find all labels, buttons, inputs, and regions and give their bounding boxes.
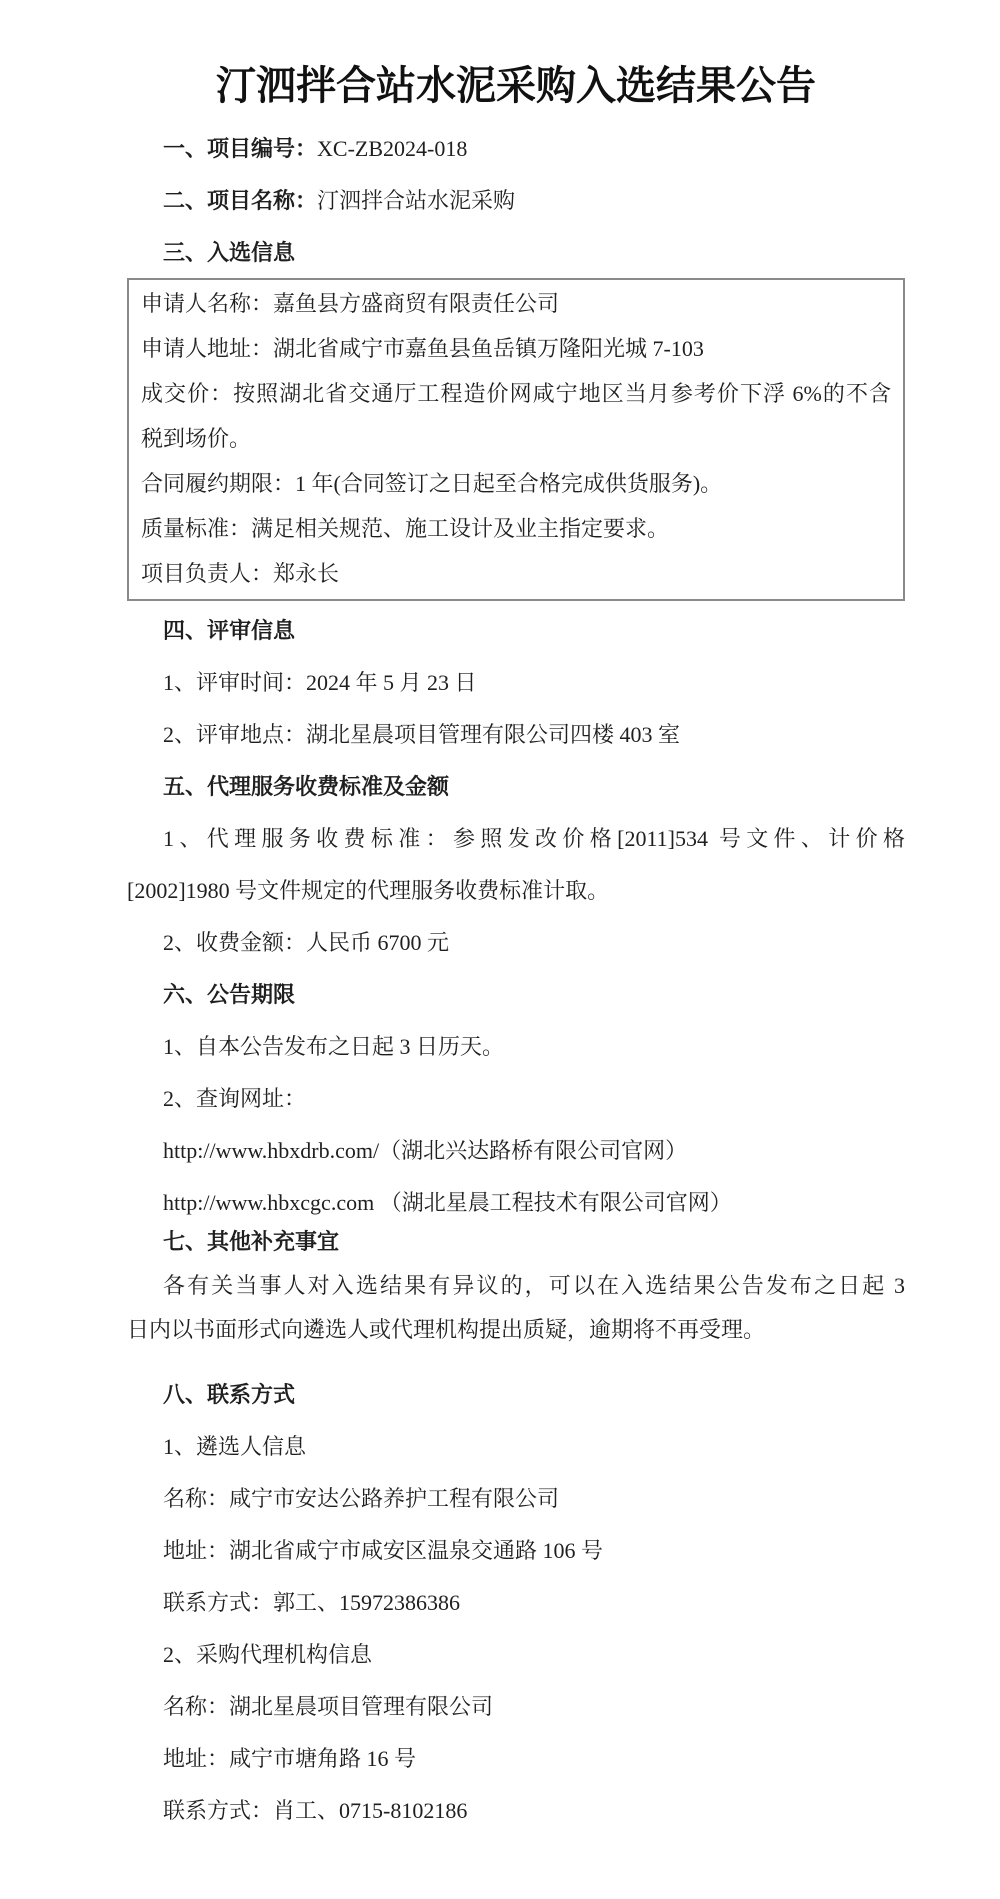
box-row: 税到场价。 (141, 425, 891, 452)
line-label: 八、联系方式 (163, 1382, 295, 1407)
section-heading-line: 五、代理服务收费标准及金额 (127, 773, 905, 800)
text-line: 联系方式：肖工、0715-8102186 (127, 1797, 905, 1824)
line-text: 1、代理服务收费标准：参照发改价格[2011]534 号文件、计价格 (163, 826, 905, 851)
text-line: 1、遴选人信息 (127, 1433, 905, 1460)
document-title: 汀泗拌合站水泥采购入选结果公告 (127, 0, 905, 110)
text-line: 2、采购代理机构信息 (127, 1641, 905, 1668)
line-label: 五、代理服务收费标准及金额 (163, 774, 449, 799)
text-line: 1、自本公告发布之日起 3 日历天。 (127, 1033, 905, 1060)
line-label: 七、其他补充事宜 (163, 1229, 339, 1254)
line-text: 名称：咸宁市安达公路养护工程有限公司 (163, 1486, 559, 1511)
document-page: 汀泗拌合站水泥采购入选结果公告 一、项目编号：XC-ZB2024-018二、项目… (0, 0, 1000, 1899)
text-line: 地址：咸宁市塘角路 16 号 (127, 1745, 905, 1772)
line-text: http://www.hbxdrb.com/（湖北兴达路桥有限公司官网） (163, 1138, 687, 1163)
line-label: 一、项目编号： (163, 136, 317, 161)
line-text: XC-ZB2024-018 (317, 136, 467, 161)
line-text: 联系方式：郭工、15972386386 (163, 1590, 460, 1615)
line-text: 地址：湖北省咸宁市咸安区温泉交通路 106 号 (163, 1538, 603, 1563)
box-row: 申请人地址：湖北省咸宁市嘉鱼县鱼岳镇万隆阳光城 7-103 (141, 335, 891, 362)
line-text: 1、遴选人信息 (163, 1434, 306, 1459)
line-text: 汀泗拌合站水泥采购 (317, 188, 515, 213)
section-heading-line: 三、入选信息 (127, 239, 905, 266)
line-text: http://www.hbxcgc.com （湖北星晨工程技术有限公司官网） (163, 1190, 732, 1215)
document-body: 一、项目编号：XC-ZB2024-018二、项目名称：汀泗拌合站水泥采购三、入选… (127, 135, 905, 1824)
line-text: 1、评审时间：2024 年 5 月 23 日 (163, 670, 477, 695)
section-heading-line: 二、项目名称：汀泗拌合站水泥采购 (127, 187, 905, 214)
line-text: 各有关当事人对入选结果有异议的，可以在入选结果公告发布之日起 3 (163, 1273, 905, 1298)
line-text: 2、采购代理机构信息 (163, 1642, 372, 1667)
line-text: 日内以书面形式向遴选人或代理机构提出质疑，逾期将不再受理。 (127, 1317, 765, 1342)
box-row: 项目负责人：郑永长 (141, 560, 891, 587)
line-text: [2002]1980 号文件规定的代理服务收费标准计取。 (127, 878, 609, 903)
section-heading-line: 六、公告期限 (127, 981, 905, 1008)
text-line: 名称：湖北星晨项目管理有限公司 (127, 1693, 905, 1720)
text-line: http://www.hbxcgc.com （湖北星晨工程技术有限公司官网） (127, 1189, 905, 1216)
text-line: 2、评审地点：湖北星晨项目管理有限公司四楼 403 室 (127, 721, 905, 748)
text-line: 1、代理服务收费标准：参照发改价格[2011]534 号文件、计价格 (127, 825, 905, 852)
line-text: 地址：咸宁市塘角路 16 号 (163, 1746, 416, 1771)
text-line: 1、评审时间：2024 年 5 月 23 日 (127, 669, 905, 696)
text-line: 日内以书面形式向遴选人或代理机构提出质疑，逾期将不再受理。 (127, 1316, 905, 1343)
text-line: 2、查询网址： (127, 1085, 905, 1112)
section-heading-line: 八、联系方式 (127, 1381, 905, 1408)
box-row: 合同履约期限：1 年(合同签订之日起至合格完成供货服务)。 (141, 470, 891, 497)
box-row: 质量标准：满足相关规范、施工设计及业主指定要求。 (141, 515, 891, 542)
line-text: 2、收费金额：人民币 6700 元 (163, 930, 449, 955)
section-heading-line: 一、项目编号：XC-ZB2024-018 (127, 135, 905, 162)
selection-info-box: 申请人名称：嘉鱼县方盛商贸有限责任公司申请人地址：湖北省咸宁市嘉鱼县鱼岳镇万隆阳… (127, 278, 905, 601)
section-heading-line: 七、其他补充事宜 (127, 1228, 905, 1255)
section-heading-line: 四、评审信息 (127, 617, 905, 644)
box-row: 申请人名称：嘉鱼县方盛商贸有限责任公司 (141, 290, 891, 317)
line-text: 联系方式：肖工、0715-8102186 (163, 1798, 467, 1823)
text-line: http://www.hbxdrb.com/（湖北兴达路桥有限公司官网） (127, 1137, 905, 1164)
line-label: 六、公告期限 (163, 982, 295, 1007)
line-text: 名称：湖北星晨项目管理有限公司 (163, 1694, 493, 1719)
text-line: 名称：咸宁市安达公路养护工程有限公司 (127, 1485, 905, 1512)
line-label: 二、项目名称： (163, 188, 317, 213)
text-line: 地址：湖北省咸宁市咸安区温泉交通路 106 号 (127, 1537, 905, 1564)
text-line: 联系方式：郭工、15972386386 (127, 1589, 905, 1616)
text-line: 各有关当事人对入选结果有异议的，可以在入选结果公告发布之日起 3 (127, 1272, 905, 1299)
text-line: [2002]1980 号文件规定的代理服务收费标准计取。 (127, 877, 905, 904)
text-line: 2、收费金额：人民币 6700 元 (127, 929, 905, 956)
line-label: 三、入选信息 (163, 240, 295, 265)
line-text: 2、查询网址： (163, 1086, 306, 1111)
line-text: 1、自本公告发布之日起 3 日历天。 (163, 1034, 504, 1059)
line-label: 四、评审信息 (163, 618, 295, 643)
line-text: 2、评审地点：湖北星晨项目管理有限公司四楼 403 室 (163, 722, 680, 747)
box-row: 成交价：按照湖北省交通厅工程造价网咸宁地区当月参考价下浮 6%的不含 (141, 380, 891, 407)
